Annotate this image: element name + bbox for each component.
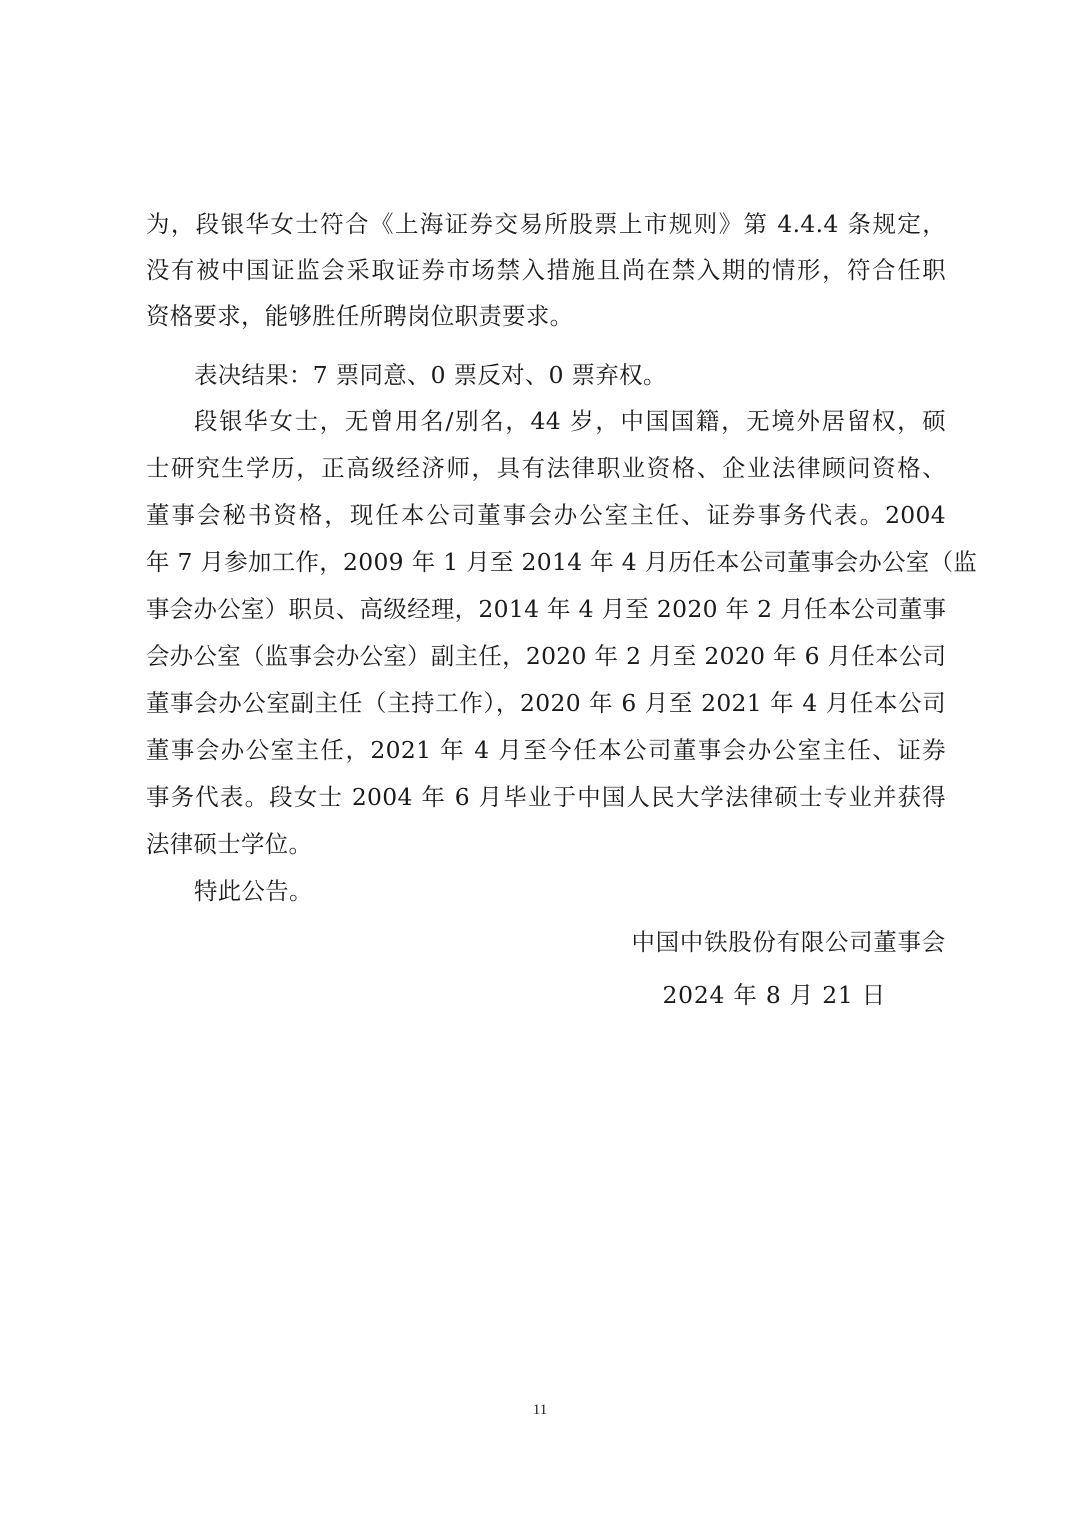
qualification-line-1: 为，段银华女士符合《上海证券交易所股票上市规则》第 4.4.4 条规定， bbox=[146, 201, 946, 247]
biography-line-6: 会办公室（监事会办公室）副主任，2020 年 2 月至 2020 年 6 月任本… bbox=[146, 633, 946, 679]
qualification-line-2: 没有被中国证监会采取证券市场禁入措施且尚在禁入期的情形，符合任职 bbox=[146, 247, 946, 293]
biography-line-2: 士研究生学历，正高级经济师，具有法律职业资格、企业法律顾问资格、 bbox=[146, 445, 946, 491]
signature-organization: 中国中铁股份有限公司董事会 bbox=[632, 919, 946, 965]
vote-result-line: 表决结果：7 票同意、0 票反对、0 票弃权。 bbox=[194, 352, 946, 398]
page-number: 11 bbox=[0, 1400, 1080, 1420]
biography-line-1: 段银华女士，无曾用名/别名，44 岁，中国国籍，无境外居留权，硕 bbox=[194, 398, 946, 444]
biography-line-9: 事务代表。段女士 2004 年 6 月毕业于中国人民大学法律硕士专业并获得 bbox=[146, 774, 946, 820]
biography-line-10: 法律硕士学位。 bbox=[146, 821, 946, 867]
closing-line: 特此公告。 bbox=[194, 868, 946, 914]
biography-line-8: 董事会办公室主任，2021 年 4 月至今任本公司董事会办公室主任、证券 bbox=[146, 727, 946, 773]
qualification-line-3: 资格要求，能够胜任所聘岗位职责要求。 bbox=[146, 293, 946, 339]
biography-line-4: 年 7 月参加工作，2009 年 1 月至 2014 年 4 月历任本公司董事会… bbox=[146, 539, 946, 585]
document-page: 为，段银华女士符合《上海证券交易所股票上市规则》第 4.4.4 条规定， 没有被… bbox=[0, 0, 1080, 1527]
biography-line-3: 董事会秘书资格，现任本公司董事会办公室主任、证券事务代表。2004 bbox=[146, 492, 946, 538]
biography-line-5: 事会办公室）职员、高级经理，2014 年 4 月至 2020 年 2 月任本公司… bbox=[146, 586, 946, 632]
biography-line-7: 董事会办公室副主任（主持工作），2020 年 6 月至 2021 年 4 月任本… bbox=[146, 680, 946, 726]
signature-date: 2024 年 8 月 21 日 bbox=[662, 972, 886, 1018]
